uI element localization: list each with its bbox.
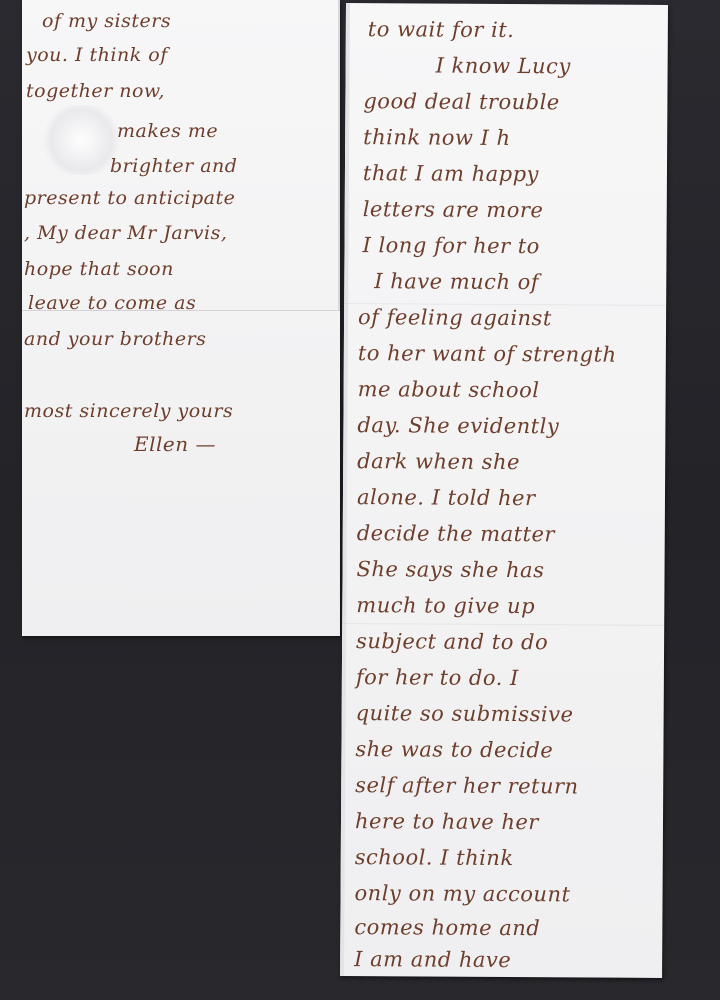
handwritten-line: here to have her (355, 809, 539, 834)
handwritten-line: think now I h (363, 125, 511, 150)
handwritten-line: brighter and (110, 155, 237, 177)
handwritten-line: she was to decide (355, 737, 553, 762)
handwritten-line: letters are more (363, 197, 544, 222)
handwritten-line: to her want of strength (358, 341, 617, 367)
letter-page-left: of my sisters you. I think of together n… (22, 0, 340, 636)
handwritten-line: and your brothers (24, 328, 206, 350)
letter-page-right: to wait for it. I know Lucy good deal tr… (340, 3, 668, 978)
handwritten-line: comes home and (354, 915, 540, 940)
handwritten-line: I have much of (374, 269, 539, 294)
handwritten-line: day. She evidently (357, 413, 559, 438)
embossed-seal-icon (44, 105, 119, 175)
handwritten-line: alone. I told her (357, 485, 536, 510)
handwritten-line: subject and to do (356, 629, 548, 654)
handwritten-line: of feeling against (358, 305, 552, 330)
handwritten-line: only on my account (354, 881, 570, 906)
handwritten-line: school. I think (355, 845, 514, 870)
handwritten-line: quite so submissive (356, 701, 574, 726)
handwritten-line: good deal trouble (363, 89, 560, 114)
handwritten-line: self after her return (355, 773, 579, 798)
handwritten-line: makes me (117, 120, 218, 142)
handwritten-line: much to give up (356, 593, 535, 618)
handwritten-line: to wait for it. (368, 17, 515, 42)
handwritten-line: you. I think of (26, 44, 168, 66)
handwritten-line: present to anticipate (24, 187, 235, 209)
handwritten-line: hope that soon (24, 258, 174, 280)
letter-closing: most sincerely yours (24, 400, 233, 422)
handwritten-line: leave to come as (28, 292, 196, 314)
handwritten-line: I know Lucy (436, 54, 571, 79)
handwritten-line: dark when she (357, 449, 520, 474)
handwritten-line: , My dear Mr Jarvis, (24, 222, 227, 244)
handwritten-line: I am and have (354, 947, 511, 972)
handwritten-line: that I am happy (363, 161, 539, 186)
handwritten-line: She says she has (356, 557, 544, 582)
handwritten-line: me about school (358, 377, 540, 402)
handwritten-line: for her to do. I (356, 665, 519, 690)
fold-crease (342, 623, 664, 626)
handwritten-line: I long for her to (362, 233, 540, 258)
handwritten-line: of my sisters (42, 10, 171, 32)
letter-signature: Ellen — (134, 432, 216, 456)
handwritten-line: together now, (26, 80, 165, 102)
handwritten-line: decide the matter (357, 521, 555, 546)
